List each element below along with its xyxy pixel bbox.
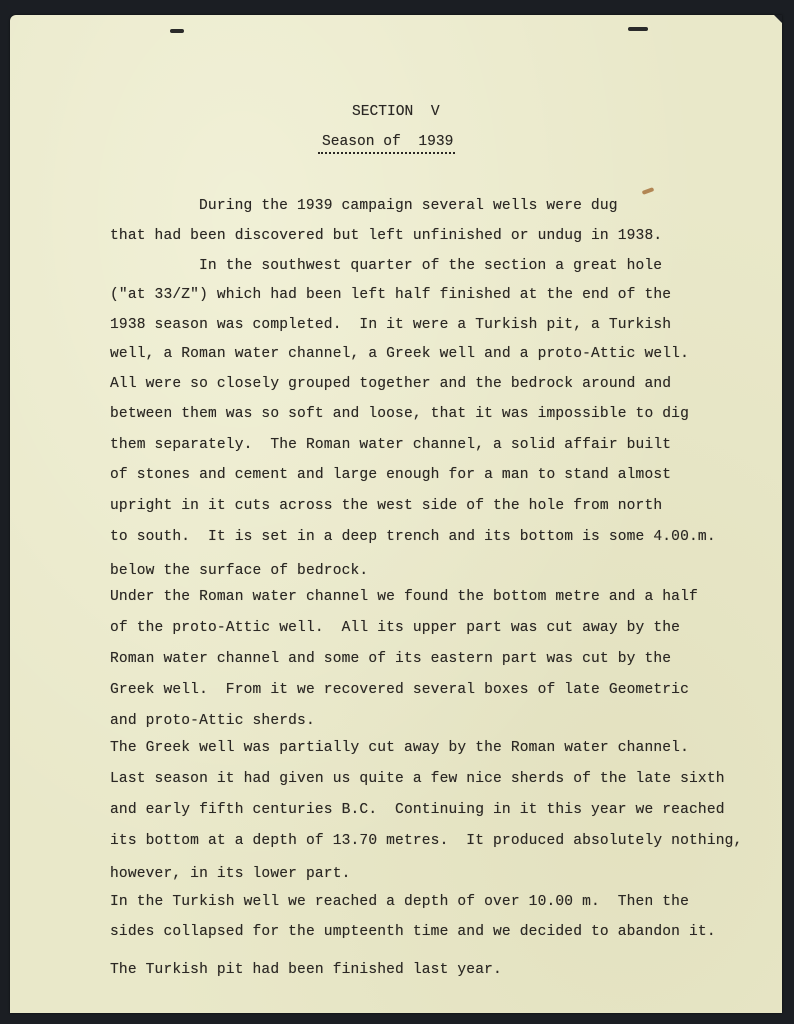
punch-hole-mark-left [170,29,184,33]
text-line: All were so closely grouped together and… [110,375,671,393]
text-line: Roman water channel and some of its east… [110,650,671,668]
text-line: that had been discovered but left unfini… [110,227,662,245]
text-line: of the proto-Attic well. All its upper p… [110,619,680,637]
text-line: 1938 season was completed. In it were a … [110,316,671,334]
punch-hole-mark-right [628,27,648,31]
text-line: In the southwest quarter of the section … [199,257,662,275]
text-line: upright in it cuts across the west side … [110,497,662,515]
text-line: between them was so soft and loose, that… [110,405,689,423]
ink-stain [642,187,655,195]
text-line: Greek well. From it we recovered several… [110,681,689,699]
season-subtitle: Season of 1939 [318,134,455,154]
text-line: In the Turkish well we reached a depth o… [110,893,689,911]
text-line: well, a Roman water channel, a Greek wel… [110,345,689,363]
text-line: of stones and cement and large enough fo… [110,466,671,484]
text-line: however, in its lower part. [110,865,351,883]
text-line: and early fifth centuries B.C. Continuin… [110,801,725,819]
text-line: The Greek well was partially cut away by… [110,739,689,757]
text-line: them separately. The Roman water channel… [110,436,671,454]
text-line: sides collapsed for the umpteenth time a… [110,923,716,941]
text-line: its bottom at a depth of 13.70 metres. I… [110,832,742,850]
text-line: Under the Roman water channel we found t… [110,588,698,606]
text-line: below the surface of bedrock. [110,562,368,580]
text-line: and proto-Attic sherds. [110,712,315,730]
text-line: Last season it had given us quite a few … [110,770,725,788]
text-line: The Turkish pit had been finished last y… [110,961,502,979]
text-line: ("at 33/Z") which had been left half fin… [110,286,671,304]
text-line: During the 1939 campaign several wells w… [199,197,618,215]
section-heading: SECTION V [352,104,440,120]
text-line: to south. It is set in a deep trench and… [110,528,716,546]
